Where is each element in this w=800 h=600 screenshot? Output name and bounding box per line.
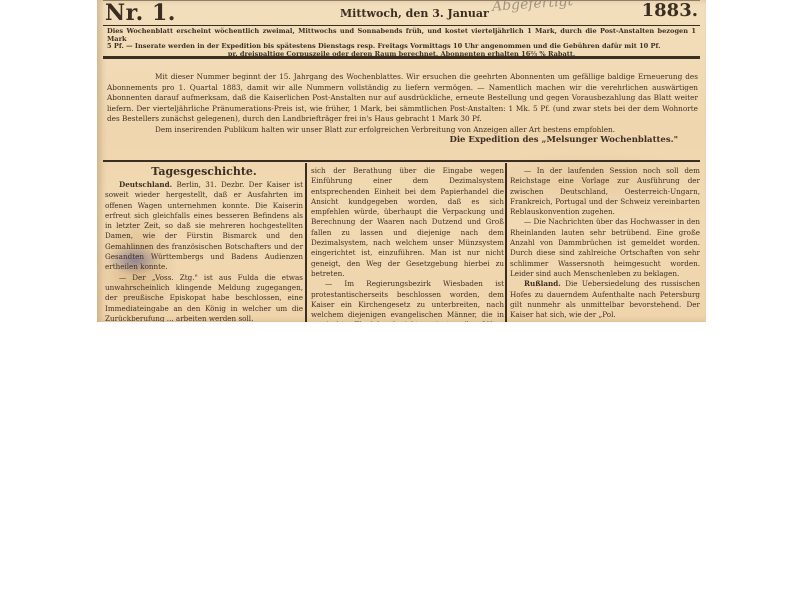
subscription-line-1: Dies Wochenblatt erscheint wöchentlich z… [107,28,696,43]
article-text: sich der Berathung über die Eingabe wege… [311,166,504,279]
article-text: — In der laufenden Session noch soll dem… [510,166,700,217]
section-title: Tagesgeschichte. [105,166,303,178]
issue-number: Nr. 1. [105,0,176,26]
article-text: — Der „Voss. Ztg." ist aus Fulda die etw… [105,273,303,322]
article-text: — Die Nachrichten über das Hochwasser in… [510,217,700,279]
section-rule [103,160,700,162]
country-heading: Rußland. [524,279,561,288]
thick-rule [103,56,700,59]
issue-date: Mittwoch, den 3. Januar [340,7,489,20]
newspaper-page-scan: Nr. 1. Mittwoch, den 3. Januar Abgeferti… [97,0,706,322]
column-divider [505,163,507,322]
notice-closing: Dem inserirenden Publikum halten wir uns… [107,125,698,136]
country-heading: Deutschland. [119,180,172,189]
masthead-rule [103,25,700,26]
top-rule [103,0,700,1]
column-divider [305,163,307,322]
issue-year: 1883. [642,0,698,21]
notice-body: Mit dieser Nummer beginnt der 15. Jahrga… [107,72,698,125]
column-3: — In der laufenden Session noch soll dem… [510,166,700,320]
column-1: Tagesgeschichte. Deutschland. Berlin, 31… [105,166,303,322]
notice-signature: Die Expedition des „Melsunger Wochenblat… [107,135,678,146]
article-text: Berlin, 31. Dezbr. Der Kaiser ist soweit… [105,180,303,271]
column-2: sich der Berathung über die Eingabe wege… [311,166,504,322]
article-text: — Im Regierungsbezirk Wiesbaden ist prot… [311,279,504,322]
handwritten-note: Abgefertigt [492,0,574,15]
subscription-notice: Mit dieser Nummer beginnt der 15. Jahrga… [107,72,698,146]
subscription-info: Dies Wochenblatt erscheint wöchentlich z… [107,28,696,58]
